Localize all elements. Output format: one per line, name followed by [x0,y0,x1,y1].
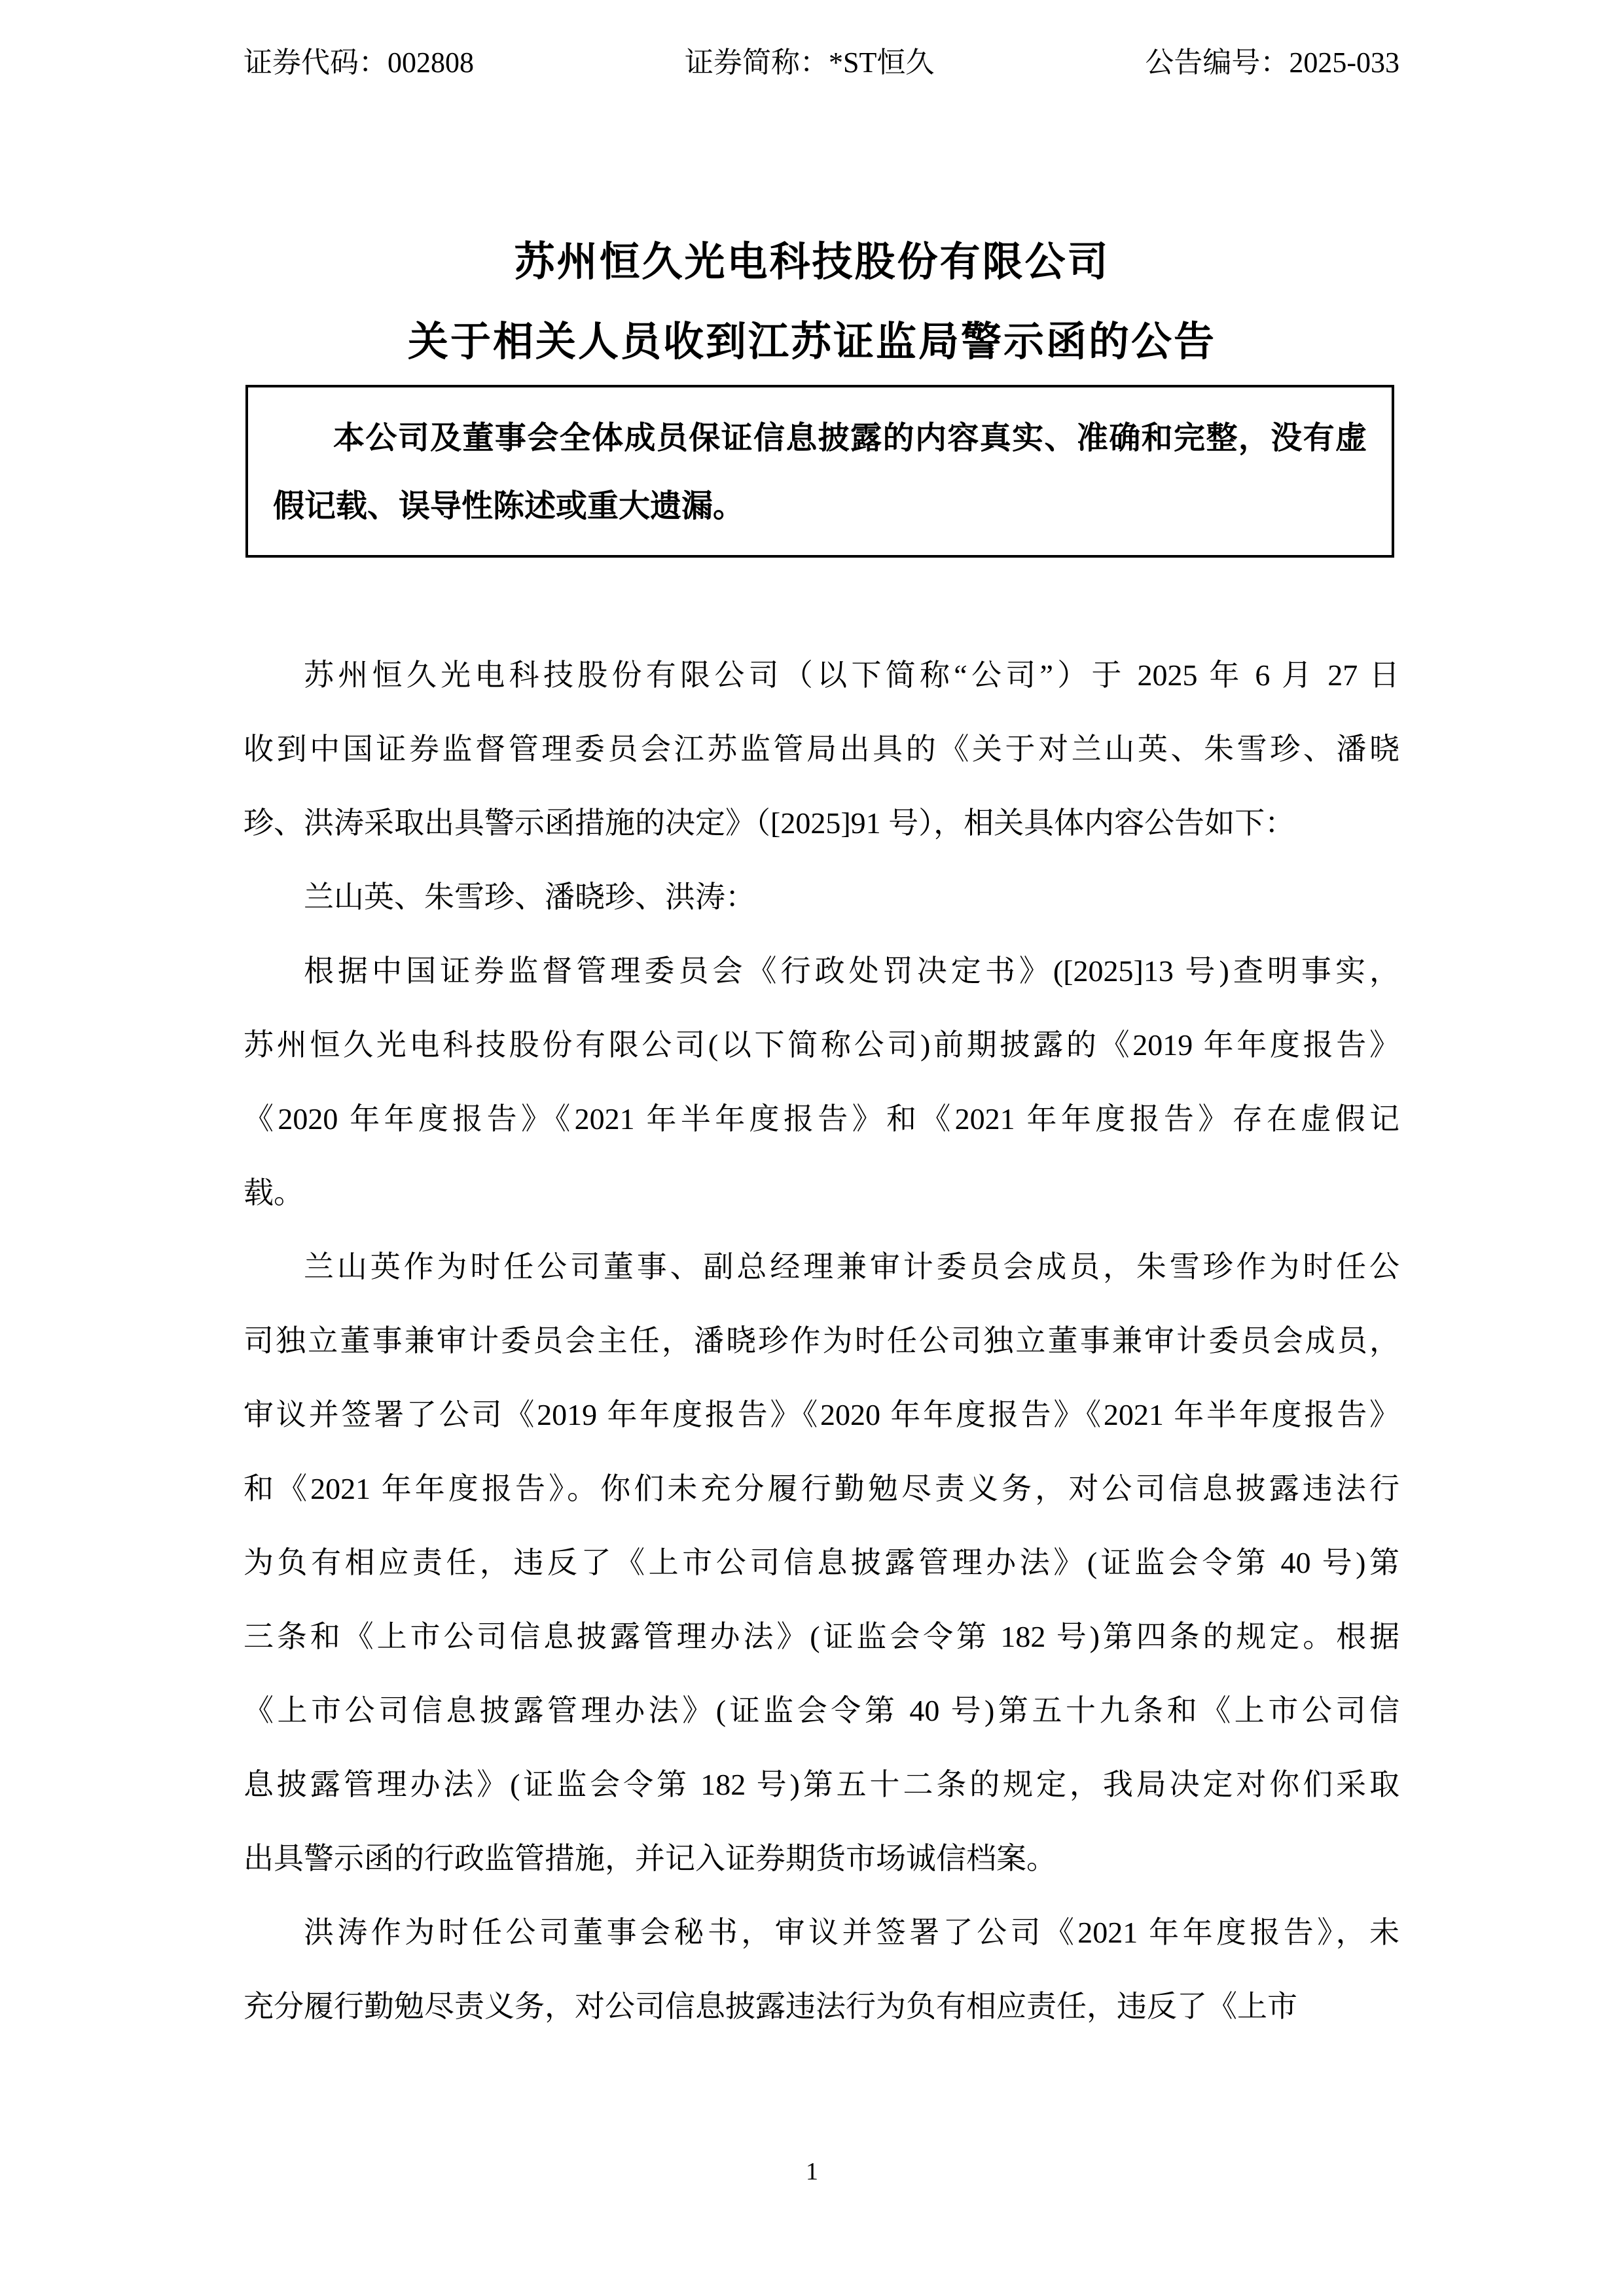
text-line: 和《2021 年年度报告》。你们未充分履行勤勉尽责义务，对公司信息披露违法行 [244,1452,1399,1526]
text-line: 根据中国证券监督管理委员会《行政处罚决定书》([2025]13 号)查明事实， [244,934,1399,1008]
stock-short-name-label: 证券简称：*ST恒久 [685,43,934,82]
text-line: 洪涛作为时任公司董事会秘书，审议并签署了公司《2021 年年度报告》，未 [244,1895,1399,1969]
text-line: 出具警示函的行政监管措施，并记入证券期货市场诚信档案。 [244,1821,1399,1895]
text-line: 假记载、误导性陈述或重大遗漏。 [273,473,1367,541]
text-line: 载。 [244,1156,1399,1230]
text-line: 苏州恒久光电科技股份有限公司(以下简称公司)前期披露的《2019 年年度报告》 [244,1008,1399,1082]
stock-code-label: 证券代码：002808 [244,43,474,82]
text-line: 充分履行勤勉尽责义务，对公司信息披露违法行为负有相应责任，违反了《上市 [244,1969,1399,2043]
text-line: 为负有相应责任，违反了《上市公司信息披露管理办法》(证监会令第 40 号)第 [244,1526,1399,1600]
disclaimer-box: 本公司及董事会全体成员保证信息披露的内容真实、准确和完整，没有虚假记载、误导性陈… [245,385,1394,558]
text-line: 《上市公司信息披露管理办法》(证监会令第 40 号)第五十九条和《上市公司信 [244,1674,1399,1748]
text-line: 苏州恒久光电科技股份有限公司（以下简称“公司”）于 2025 年 6 月 27 … [244,638,1399,712]
text-line: 兰山英、朱雪珍、潘晓珍、洪涛： [244,860,1399,934]
document-title-line2: 关于相关人员收到江苏证监局警示函的公告 [0,302,1624,382]
text-line: 《2020 年年度报告》《2021 年半年度报告》和《2021 年年度报告》存在… [244,1082,1399,1156]
announcement-number-label: 公告编号：2025-033 [1145,43,1399,82]
document-header: 证券代码：002808 证券简称：*ST恒久 公告编号：2025-033 [244,43,1399,82]
page-number: 1 [0,2157,1624,2186]
text-line: 本公司及董事会全体成员保证信息披露的内容真实、准确和完整，没有虚 [273,404,1367,473]
announcement-page: 证券代码：002808 证券简称：*ST恒久 公告编号：2025-033 苏州恒… [0,0,1624,2296]
text-line: 司独立董事兼审计委员会主任，潘晓珍作为时任公司独立董事兼审计委员会成员， [244,1304,1399,1378]
text-line: 兰山英作为时任公司董事、副总经理兼审计委员会成员，朱雪珍作为时任公 [244,1230,1399,1304]
text-line: 珍、洪涛采取出具警示函措施的决定》（[2025]91 号），相关具体内容公告如下… [244,786,1399,860]
text-line: 收到中国证券监督管理委员会江苏监管局出具的《关于对兰山英、朱雪珍、潘晓 [244,712,1399,786]
document-title-line1: 苏州恒久光电科技股份有限公司 [0,223,1624,302]
text-line: 审议并签署了公司《2019 年年度报告》《2020 年年度报告》《2021 年半… [244,1378,1399,1452]
text-line: 三条和《上市公司信息披露管理办法》(证监会令第 182 号)第四条的规定。根据 [244,1600,1399,1674]
document-title: 苏州恒久光电科技股份有限公司 关于相关人员收到江苏证监局警示函的公告 [0,223,1624,382]
text-line: 息披露管理办法》(证监会令第 182 号)第五十二条的规定，我局决定对你们采取 [244,1748,1399,1821]
announcement-body: 苏州恒久光电科技股份有限公司（以下简称“公司”）于 2025 年 6 月 27 … [244,638,1399,2043]
